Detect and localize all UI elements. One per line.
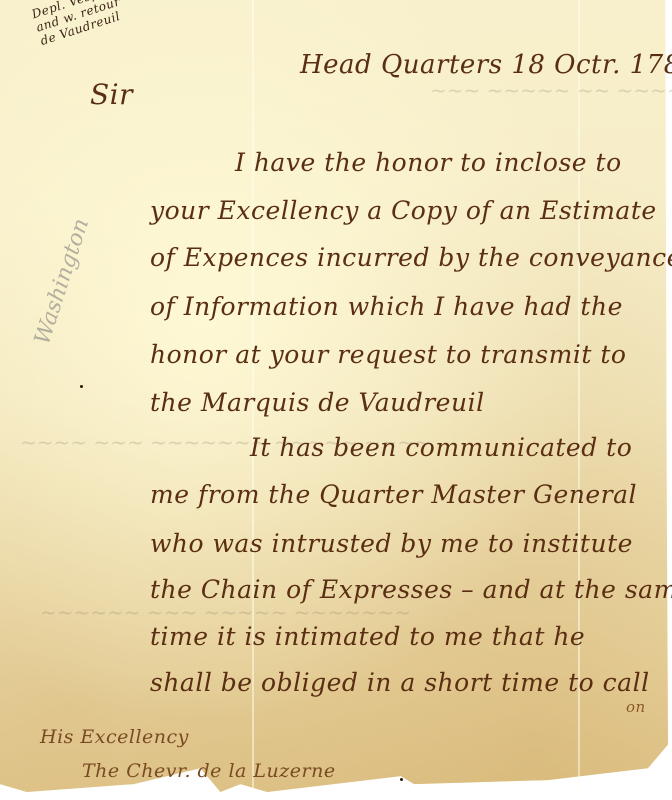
body-line: time it is intimated to me that he	[150, 622, 585, 651]
body-line: I have the honor to inclose to	[235, 148, 622, 177]
body-line: shall be obliged in a short time to call	[150, 668, 650, 697]
ink-spot	[400, 778, 403, 781]
salutation: Sir	[90, 78, 133, 111]
body-line: who was intrusted by me to institute	[150, 529, 633, 558]
body-line: me from the Quarter Master General	[150, 480, 637, 509]
body-line: honor at your request to transmit to	[150, 340, 626, 369]
body-line: the Chain of Expresses – and at the same	[150, 575, 672, 604]
ink-spot	[80, 385, 83, 388]
bleed-through-text: ~~~ ~~~~~ ~~ ~~~~~~	[430, 78, 672, 102]
body-line: the Marquis de Vaudreuil	[150, 388, 485, 417]
body-line: of Information which I have had the	[150, 292, 623, 321]
body-line: your Excellency a Copy of an Estimate	[150, 196, 657, 225]
addressee-line: The Chevr. de la Luzerne	[82, 760, 336, 782]
addressee-line: His Excellency	[40, 726, 189, 748]
dateline: Head Quarters 18 Octr. 1782	[300, 50, 672, 80]
body-line: of Expences incurred by the conveyance	[150, 243, 672, 272]
body-line: It has been communicated to	[250, 433, 632, 462]
catchword: on	[626, 698, 646, 716]
